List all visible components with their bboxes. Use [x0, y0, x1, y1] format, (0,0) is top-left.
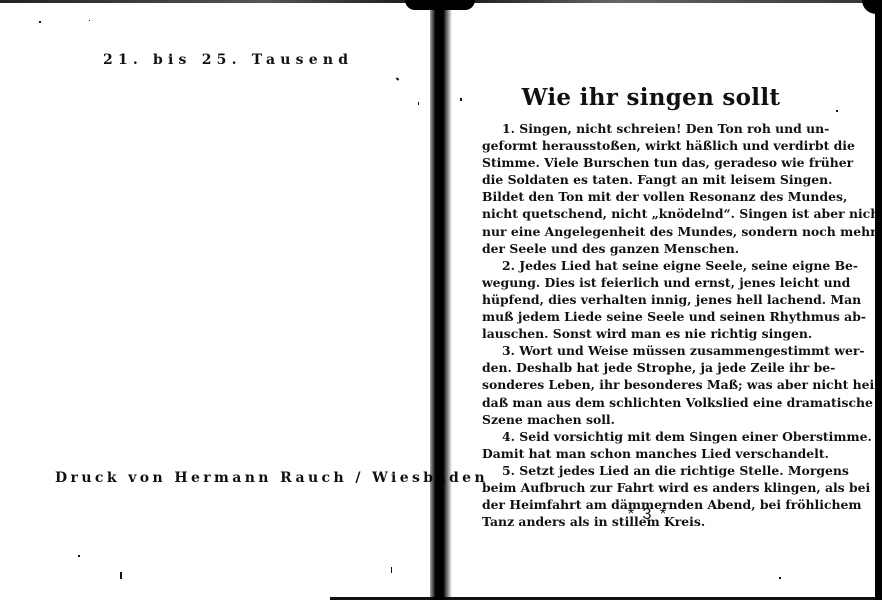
text-line: 5. Setzt jedes Lied an die richtige Stel… [482, 462, 822, 479]
text-line: nicht quetschend, nicht „knödelnd“. Sing… [482, 205, 822, 222]
scan-speck [418, 102, 419, 105]
body-text: 1. Singen, nicht schreien! Den Ton roh u… [482, 120, 822, 530]
text-line: 1. Singen, nicht schreien! Den Ton roh u… [482, 120, 822, 137]
text-line: muß jedem Liede seine Seele und seinen R… [482, 308, 822, 325]
printer-imprint: Druck von Hermann Rauch / Wiesbaden [55, 470, 488, 486]
text-line: 3. Wort und Weise müssen zusammengestimm… [482, 342, 822, 359]
text-line: wegung. Dies ist feierlich und ernst, je… [482, 274, 822, 291]
text-line: Bildet den Ton mit der vollen Resonanz d… [482, 188, 822, 205]
text-line: Szene machen soll. [482, 411, 822, 428]
text-line: 2. Jedes Lied hat seine eigne Seele, sei… [482, 257, 822, 274]
text-line: die Soldaten es taten. Fangt an mit leis… [482, 171, 822, 188]
book-gutter [430, 0, 452, 600]
text-line: nur eine Angelegenheit des Mundes, sonde… [482, 223, 822, 240]
text-line: der Seele und des ganzen Menschen. [482, 240, 822, 257]
scan-speck [78, 555, 80, 557]
text-line: daß man aus dem schlichten Volkslied ein… [482, 394, 822, 411]
right-page: Wie ihr singen sollt 1. Singen, nicht sc… [452, 0, 875, 600]
text-line: Damit hat man schon manches Lied verscha… [482, 445, 822, 462]
page-title: Wie ihr singen sollt [452, 84, 850, 111]
text-line: lauschen. Sonst wird man es nie richtig … [482, 325, 822, 342]
scan-speck [39, 21, 41, 23]
edition-line: 21. bis 25. Tausend [103, 52, 353, 68]
text-line: hüpfend, dies verhalten innig, jenes hel… [482, 291, 822, 308]
page-number: * 3 * [602, 506, 694, 524]
scan-speck [89, 20, 90, 21]
text-line: 4. Seid vorsichtig mit dem Singen einer … [482, 428, 822, 445]
left-page: 21. bis 25. Tausend Druck von Hermann Ra… [0, 0, 430, 600]
scan-speck [460, 98, 462, 101]
text-line: geformt herausstoßen, wirkt häßlich und … [482, 137, 822, 154]
scan-speck [779, 577, 781, 579]
book-spread: 21. bis 25. Tausend Druck von Hermann Ra… [0, 0, 882, 600]
scan-speck [391, 567, 392, 573]
scan-right-edge [875, 0, 882, 600]
text-line: beim Aufbruch zur Fahrt wird es anders k… [482, 479, 822, 496]
scan-speck [120, 572, 122, 579]
text-line: Stimme. Viele Burschen tun das, geradeso… [482, 154, 822, 171]
text-line: sonderes Leben, ihr besonderes Maß; was … [482, 376, 822, 393]
scan-speck [836, 110, 838, 112]
scan-speck [396, 77, 400, 80]
text-line: den. Deshalb hat jede Strophe, ja jede Z… [482, 359, 822, 376]
